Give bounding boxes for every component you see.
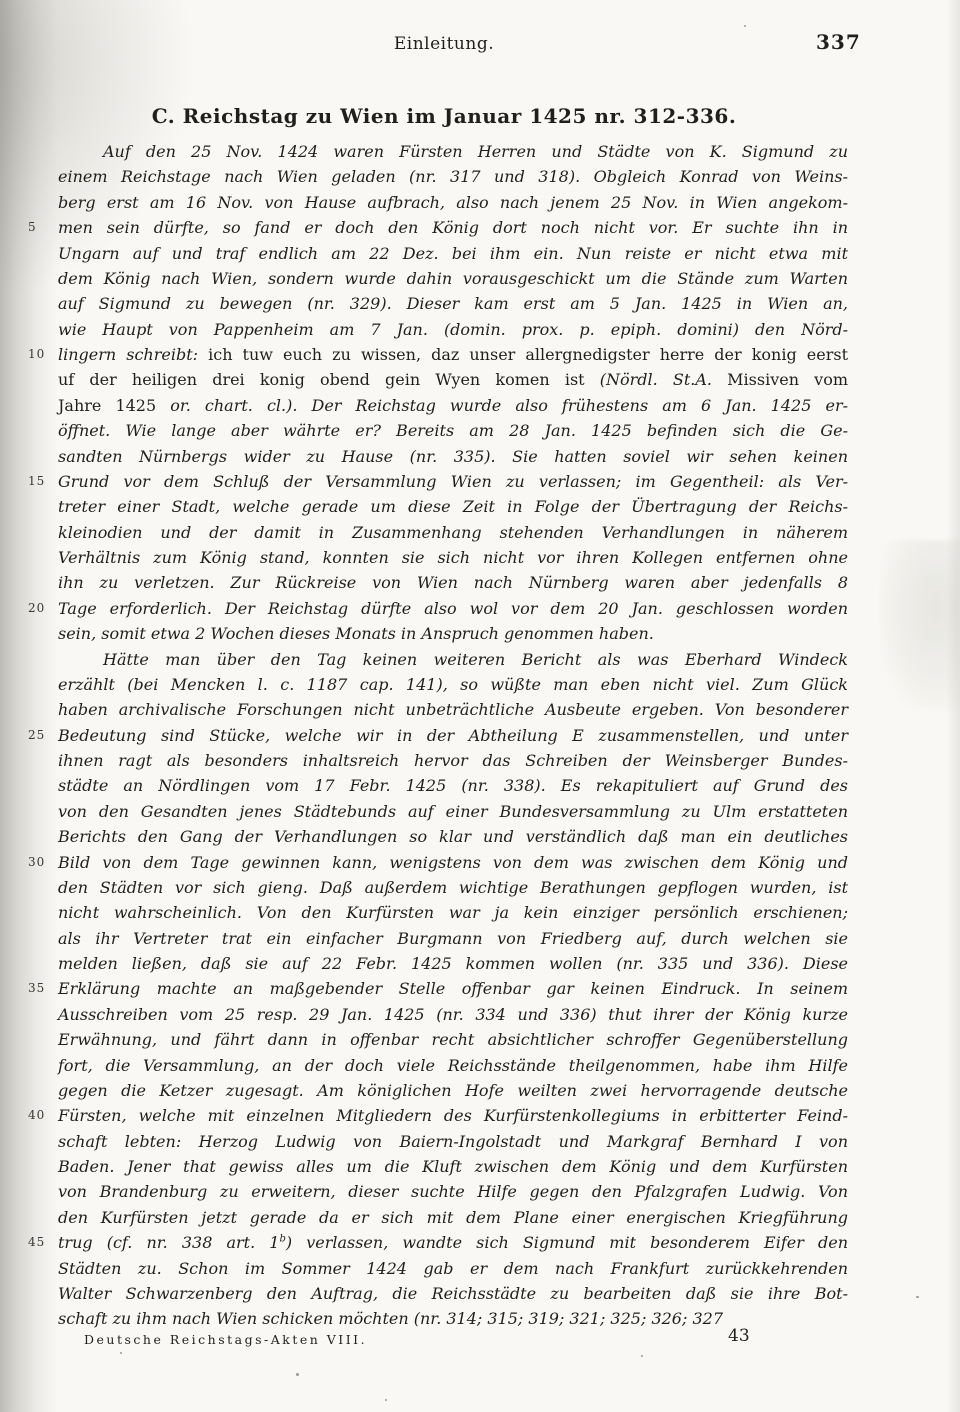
body-text: von Brandenburg zu erweitern, dieser suc… [58,1182,848,1201]
body-text: städte an Nördlingen vom 17 Febr. 1425 (… [58,776,848,795]
body-line: dem König nach Wien, sondern wurde dahin… [58,266,848,291]
body-text: Grund vor dem Schluß der Versammlung Wie… [58,472,848,491]
footer-sheet-number: 43 [728,1326,750,1346]
body-line: Erwähnung, und fährt dann in offenbar re… [58,1027,848,1052]
quote-text: Jahre 1425 [58,396,170,415]
body-text: Berichts den Gang der Verhandlungen so k… [58,827,848,846]
body-text: Bedeutung sind Stücke, welche wir in der… [58,726,848,745]
line-number: 20 [28,596,52,621]
quote-text: ich tuw euch zu wissen, daz unser allerg… [208,345,848,364]
body-line: 5men sein dürfte, so fand er doch den Kö… [58,215,848,240]
body-text: Städten zu. Schon im Sommer 1424 gab er … [58,1259,848,1278]
line-number: 40 [28,1103,52,1128]
body-text: (Nördl. St.A. [600,370,727,389]
body-text: ihn zu verletzen. Zur Rückreise von Wien… [58,573,848,592]
body-text: sandten Nürnbergs wider zu Hause (nr. 33… [58,447,848,466]
body-line: gegen die Ketzer zugesagt. Am königliche… [58,1078,848,1103]
line-number: 10 [28,342,52,367]
body-line: 35Erklärung machte an maßgebender Stelle… [58,976,848,1001]
body-line: berg erst am 16 Nov. von Hause aufbrach,… [58,190,848,215]
body-line: kleinodien und der damit in Zusammenhang… [58,520,848,545]
body-line: wie Haupt von Pappenheim am 7 Jan. (domi… [58,317,848,342]
body-text: schaft lebten: Herzog Ludwig von Baiern-… [58,1132,848,1151]
body-text: Fürsten, welche mit einzelnen Mitglieder… [58,1106,848,1125]
line-number: 25 [28,723,52,748]
quote-text: uf der heiligen drei konig obend gein Wy… [58,370,600,389]
body-line: nicht wahrscheinlich. Von den Kurfürsten… [58,900,848,925]
body-line: den Städten vor sich gieng. Daß außerdem… [58,875,848,900]
body-line: uf der heiligen drei konig obend gein Wy… [58,367,848,392]
body-line: Hätte man über den Tag keinen weiteren B… [58,647,848,672]
book-page: Einleitung. 337 C. Reichstag zu Wien im … [0,0,960,1412]
body-text: or. chart. cl.). Der Reichstag wurde als… [170,396,848,415]
body-text: treter einer Stadt, welche gerade um die… [58,497,848,516]
body-text: Walter Schwarzenberg den Auftrag, die Re… [58,1284,848,1303]
body-text: nicht wahrscheinlich. Von den Kurfürsten… [58,903,848,922]
body-text: ihnen ragt als besonders inhaltsreich he… [58,751,848,770]
body-text: melden ließen, daß sie auf 22 Febr. 1425… [58,954,848,973]
scan-speck [641,1355,643,1357]
body-line: ihn zu verletzen. Zur Rückreise von Wien… [58,570,848,595]
body-line: Verhältnis zum König stand, konnten sie … [58,545,848,570]
body-text: lingern schreibt: [58,345,208,364]
body-text: schaft zu ihm nach Wien schicken möchten… [58,1309,723,1328]
body-text: den Städten vor sich gieng. Daß außerdem… [58,878,848,897]
quote-text: Missiven vom [727,370,848,389]
body-text: Ungarn auf und traf endlich am 22 Dez. b… [58,244,848,263]
body-text: fort, die Versammlung, an der doch viele… [58,1056,848,1075]
line-number: 15 [28,469,52,494]
body-line: den Kurfürsten jetzt gerade da er sich m… [58,1205,848,1230]
body-text: Bild von dem Tage gewinnen kann, wenigst… [58,853,848,872]
scan-speck [120,1352,122,1354]
scan-speck [296,1373,299,1376]
body-line: ihnen ragt als besonders inhaltsreich he… [58,748,848,773]
body-line: sandten Nürnbergs wider zu Hause (nr. 33… [58,444,848,469]
body-text: Hätte man über den Tag keinen weiteren B… [103,650,848,669]
body-text: Erklärung machte an maßgebender Stelle o… [58,979,848,998]
body-line: 30Bild von dem Tage gewinnen kann, wenig… [58,850,848,875]
body-line: von Brandenburg zu erweitern, dieser suc… [58,1179,848,1204]
body-line: Städten zu. Schon im Sommer 1424 gab er … [58,1256,848,1281]
body-line: Ausschreiben vom 25 resp. 29 Jan. 1425 (… [58,1002,848,1027]
body-line: Baden. Jener that gewiss alles um die Kl… [58,1154,848,1179]
body-line: erzählt (bei Mencken l. c. 1187 cap. 141… [58,672,848,697]
body-line: auf Sigmund zu bewegen (nr. 329). Dieser… [58,291,848,316]
body-line: als ihr Vertreter trat ein einfacher Bur… [58,926,848,951]
body-line: fort, die Versammlung, an der doch viele… [58,1053,848,1078]
body-text: von den Gesandten jenes Städtebunds auf … [58,802,848,821]
body-text: men sein dürfte, so fand er doch den Kön… [58,218,848,237]
body-line: sein, somit etwa 2 Wochen dieses Monats … [58,621,848,646]
footer-signature: Deutsche Reichstags-Akten VIII. [84,1332,367,1347]
body-line: öffnet. Wie lange aber währte er? Bereit… [58,418,848,443]
body-line: melden ließen, daß sie auf 22 Febr. 1425… [58,951,848,976]
body-text: Baden. Jener that gewiss alles um die Kl… [58,1157,848,1176]
line-number: 5 [28,215,52,240]
body-text: erzählt (bei Mencken l. c. 1187 cap. 141… [58,675,848,694]
body-text: den Kurfürsten jetzt gerade da er sich m… [58,1208,848,1227]
body-text: trug (cf. nr. 338 art. 1 [58,1233,279,1252]
scan-right-edge [946,0,960,1412]
body-text: Verhältnis zum König stand, konnten sie … [58,548,848,567]
body-line: Berichts den Gang der Verhandlungen so k… [58,824,848,849]
body-text: dem König nach Wien, sondern wurde dahin… [58,269,848,288]
scan-smudge [880,540,960,710]
body-line: 10lingern schreibt: ich tuw euch zu wiss… [58,342,848,367]
page-number: 337 [816,30,896,54]
body-text: als ihr Vertreter trat ein einfacher Bur… [58,929,848,948]
body-line: Walter Schwarzenberg den Auftrag, die Re… [58,1281,848,1306]
body-line: Jahre 1425 or. chart. cl.). Der Reichsta… [58,393,848,418]
body-line: Auf den 25 Nov. 1424 waren Fürsten Herre… [58,139,848,164]
line-number: 45 [28,1230,52,1255]
body-line: einem Reichstage nach Wien geladen (nr. … [58,164,848,189]
body-text: kleinodien und der damit in Zusammenhang… [58,523,848,542]
scan-speck [916,1296,919,1298]
line-number: 30 [28,850,52,875]
scan-gutter-shadow [0,0,58,1412]
scan-speck [385,1399,387,1401]
body-text: ) verlassen, wandte sich Sigmund mit bes… [286,1233,848,1252]
body-line: Ungarn auf und traf endlich am 22 Dez. b… [58,241,848,266]
body-text: öffnet. Wie lange aber währte er? Bereit… [58,421,848,440]
body-text: auf Sigmund zu bewegen (nr. 329). Dieser… [58,294,848,313]
line-number: 35 [28,976,52,1001]
body-line: städte an Nördlingen vom 17 Febr. 1425 (… [58,773,848,798]
scan-speck [744,25,746,27]
text-block: Auf den 25 Nov. 1424 waren Fürsten Herre… [58,139,848,1332]
body-text: Erwähnung, und fährt dann in offenbar re… [58,1030,848,1049]
section-heading: C. Reichstag zu Wien im Januar 1425 nr. … [0,104,888,128]
body-line: von den Gesandten jenes Städtebunds auf … [58,799,848,824]
body-line: 25Bedeutung sind Stücke, welche wir in d… [58,723,848,748]
body-text: Ausschreiben vom 25 resp. 29 Jan. 1425 (… [58,1005,848,1024]
body-line: 15Grund vor dem Schluß der Versammlung W… [58,469,848,494]
body-text: Tage erforderlich. Der Reichstag dürfte … [58,599,848,618]
body-line: 40Fürsten, welche mit einzelnen Mitglied… [58,1103,848,1128]
body-text: einem Reichstage nach Wien geladen (nr. … [58,167,848,186]
body-text: Auf den 25 Nov. 1424 waren Fürsten Herre… [103,142,848,161]
running-title: Einleitung. [0,34,888,54]
body-line: 20Tage erforderlich. Der Reichstag dürft… [58,596,848,621]
body-text: gegen die Ketzer zugesagt. Am königliche… [58,1081,848,1100]
body-text: berg erst am 16 Nov. von Hause aufbrach,… [58,193,848,212]
body-text: sein, somit etwa 2 Wochen dieses Monats … [58,624,654,643]
body-line: schaft lebten: Herzog Ludwig von Baiern-… [58,1129,848,1154]
body-line: treter einer Stadt, welche gerade um die… [58,494,848,519]
body-text: haben archivalische Forschungen nicht un… [58,700,848,719]
body-text: wie Haupt von Pappenheim am 7 Jan. (domi… [58,320,848,339]
body-line: 45trug (cf. nr. 338 art. 1b) verlassen, … [58,1230,848,1255]
body-line: haben archivalische Forschungen nicht un… [58,697,848,722]
